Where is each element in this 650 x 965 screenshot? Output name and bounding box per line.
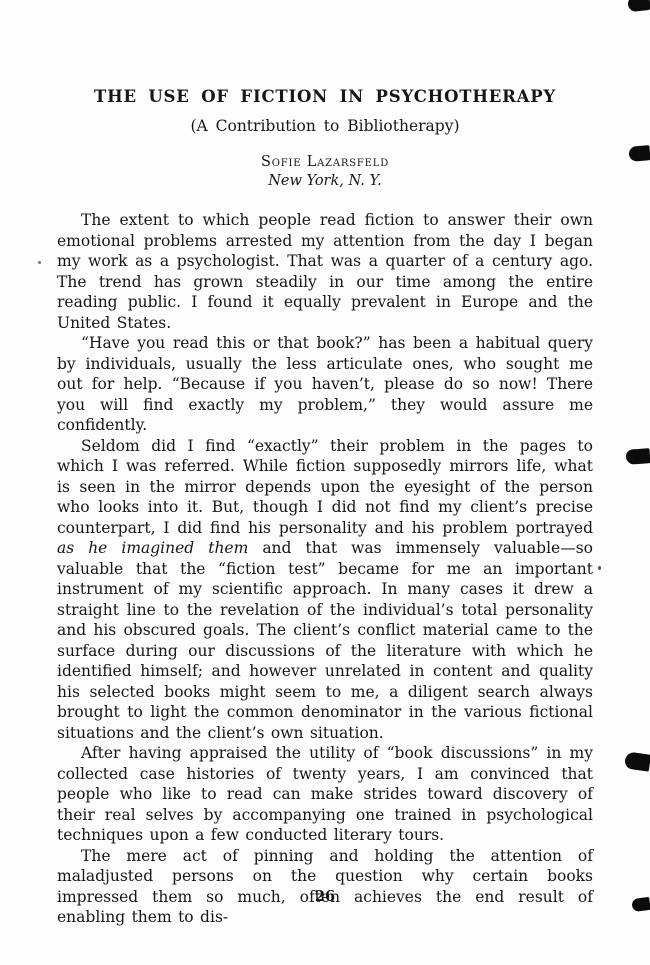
text-segment: The mere act of pinning and holding the … [57, 847, 593, 927]
article-body: The extent to which people read fiction … [57, 210, 593, 928]
text-segment: Seldom did I find “exactly” their proble… [57, 437, 593, 537]
article-title: THE USE OF FICTION IN PSYCHOTHERAPY [0, 87, 650, 106]
text-segment: The extent to which people read fiction … [57, 211, 593, 332]
paragraph: The extent to which people read fiction … [57, 210, 593, 333]
ink-speck [38, 261, 41, 264]
scan-mark-upper [628, 145, 650, 162]
italic-phrase: as he imagined them [57, 539, 248, 557]
scanned-page: THE USE OF FICTION IN PSYCHOTHERAPY (A C… [0, 0, 650, 965]
scan-mark-bottom [631, 897, 650, 912]
scan-mark-middle [626, 448, 650, 465]
text-segment: “Have you read this or that book?” has b… [57, 334, 593, 434]
ink-speck [598, 566, 601, 570]
paragraph: “Have you read this or that book?” has b… [57, 333, 593, 436]
text-segment: and that was immensely valuable—so valua… [57, 539, 593, 742]
article-header: THE USE OF FICTION IN PSYCHOTHERAPY (A C… [0, 0, 650, 189]
paragraph: The mere act of pinning and holding the … [57, 846, 593, 928]
page-number: 26 [57, 888, 593, 905]
author-name: Sofie Lazarsfeld [0, 154, 650, 170]
article-subtitle: (A Contribution to Bibliotherapy) [0, 117, 650, 136]
paragraph: After having appraised the utility of “b… [57, 743, 593, 846]
text-segment: After having appraised the utility of “b… [57, 744, 593, 844]
scan-mark-lower [624, 751, 650, 771]
paragraph: Seldom did I find “exactly” their proble… [57, 436, 593, 744]
author-location: New York, N. Y. [0, 173, 650, 189]
